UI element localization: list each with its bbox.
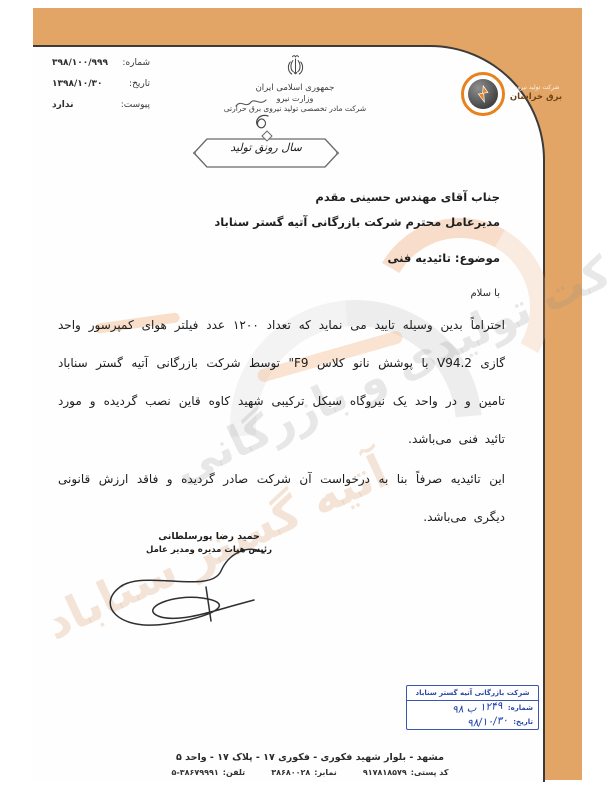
- stamp-number-value: ۱۲۴۹ ب ۹۸: [452, 700, 503, 716]
- reference-block: شماره: ۳۹۸/۱۰۰/۹۹۹ تاریخ: ۱۳۹۸/۱۰/۳۰ پیو…: [52, 58, 150, 121]
- ref-date-label: تاریخ:: [129, 79, 150, 89]
- footer-phone-value: ۵-۳۸۶۷۹۹۹۱: [171, 768, 218, 777]
- signature-block: حمید رضا پورسلطانی رئیس هیات مدیره ومدیر…: [145, 531, 273, 555]
- year-slogan-text: سال رونق تولید: [193, 141, 339, 154]
- body-paragraph-1: احتراماً بدین وسیله تایید می نماید که تع…: [58, 306, 505, 458]
- handwriting-scribble: [234, 96, 268, 112]
- signer-title: رئیس هیات مدیره ومدیر عامل: [145, 545, 273, 555]
- gov-country-line: جمهوری اسلامی ایران: [205, 83, 385, 93]
- stamp-number-row: شماره: ۱۲۴۹ ب ۹۸: [407, 701, 538, 715]
- handwritten-signature: [78, 543, 278, 638]
- recipient-block: جناب آقای مهندس حسینی مقدم مدیرعامل محتر…: [214, 190, 500, 240]
- scanned-letter-page: شرکت تولیدی و بازرگانی آتیه گستر سناباد …: [0, 0, 612, 792]
- logo-wordmark-line1: شرکت تولید نیروی: [507, 84, 565, 92]
- recipient-name: جناب آقای مهندس حسینی مقدم: [214, 190, 500, 204]
- footer-address: مشهد - بلوار شهید فکوری - فکوری ۱۷ - پلا…: [85, 752, 535, 763]
- iran-emblem-icon: [282, 52, 309, 81]
- stamp-date-row: تاریخ: ۹۸/۱۰/۳۰: [407, 715, 538, 729]
- received-stamp: شرکت بازرگانی آتیه گستر سناباد شماره: ۱۲…: [406, 685, 539, 730]
- footer-phone: تلفن: ۵-۳۸۶۷۹۹۹۱: [171, 768, 245, 777]
- footer-contacts: کد پستی: ۹۱۷۸۱۸۵۷۹ نمابر: ۳۸۶۸۰۰۲۸ تلفن:…: [85, 768, 535, 777]
- stamp-number-label: شماره:: [508, 704, 533, 712]
- ref-number-label: شماره:: [122, 58, 150, 68]
- gov-holding-line: شرکت مادر تخصصی تولید نیروی برق حرارتی: [205, 104, 385, 113]
- ref-attachment-label: پیوست:: [121, 100, 150, 110]
- lightning-bolt-icon: [473, 84, 493, 104]
- footer-postal: کد پستی: ۹۱۷۸۱۸۵۷۹: [363, 768, 449, 777]
- frame-top-band: [33, 8, 582, 45]
- recipient-title: مدیرعامل محترم شرکت بازرگانی آتیه گستر س…: [214, 215, 500, 229]
- body-paragraph-2: این تائیدیه صرفاً بنا به درخواست آن شرکت…: [58, 460, 505, 536]
- footer: مشهد - بلوار شهید فکوری - فکوری ۱۷ - پلا…: [85, 752, 535, 777]
- footer-postal-value: ۹۱۷۸۱۸۵۷۹: [363, 768, 407, 777]
- government-header: جمهوری اسلامی ایران وزارت نیرو شرکت مادر…: [205, 52, 385, 113]
- logo-orange-ring: [461, 72, 505, 116]
- stamp-company-name: شرکت بازرگانی آتیه گستر سناباد: [407, 686, 538, 701]
- stamp-date-value: ۹۸/۱۰/۳۰: [467, 714, 509, 730]
- year-slogan-cartouche: سال رونق تولید: [193, 137, 339, 169]
- ref-date-value: ۱۳۹۸/۱۰/۳۰: [52, 79, 103, 89]
- gov-ministry-line: وزارت نیرو: [205, 94, 385, 103]
- logo-sphere: [468, 79, 498, 109]
- signer-name: حمید رضا پورسلطانی: [145, 531, 273, 542]
- power-company-logo: شرکت تولید نیروی برق خراسان: [461, 72, 505, 116]
- logo-wordmark-line2: برق خراسان: [507, 92, 565, 103]
- footer-postal-label: کد پستی:: [411, 768, 449, 777]
- footer-fax: نمابر: ۳۸۶۸۰۰۲۸: [271, 768, 337, 777]
- ref-attachment-row: پیوست: ندارد: [52, 100, 150, 110]
- ref-number-value: ۳۹۸/۱۰۰/۹۹۹: [52, 58, 108, 68]
- ref-date-row: تاریخ: ۱۳۹۸/۱۰/۳۰: [52, 79, 150, 89]
- stamp-date-label: تاریخ:: [513, 718, 533, 726]
- logo-wordmark: شرکت تولید نیروی برق خراسان: [507, 84, 565, 102]
- ref-attachment-value: ندارد: [52, 100, 73, 110]
- subject-line: موضوع: تائیدیه فنی: [387, 251, 500, 265]
- footer-fax-value: ۳۸۶۸۰۰۲۸: [271, 768, 310, 777]
- footer-fax-label: نمابر:: [314, 768, 337, 777]
- ref-number-row: شماره: ۳۹۸/۱۰۰/۹۹۹: [52, 58, 150, 68]
- footer-phone-label: تلفن:: [223, 768, 245, 777]
- salutation: با سلام: [470, 288, 500, 299]
